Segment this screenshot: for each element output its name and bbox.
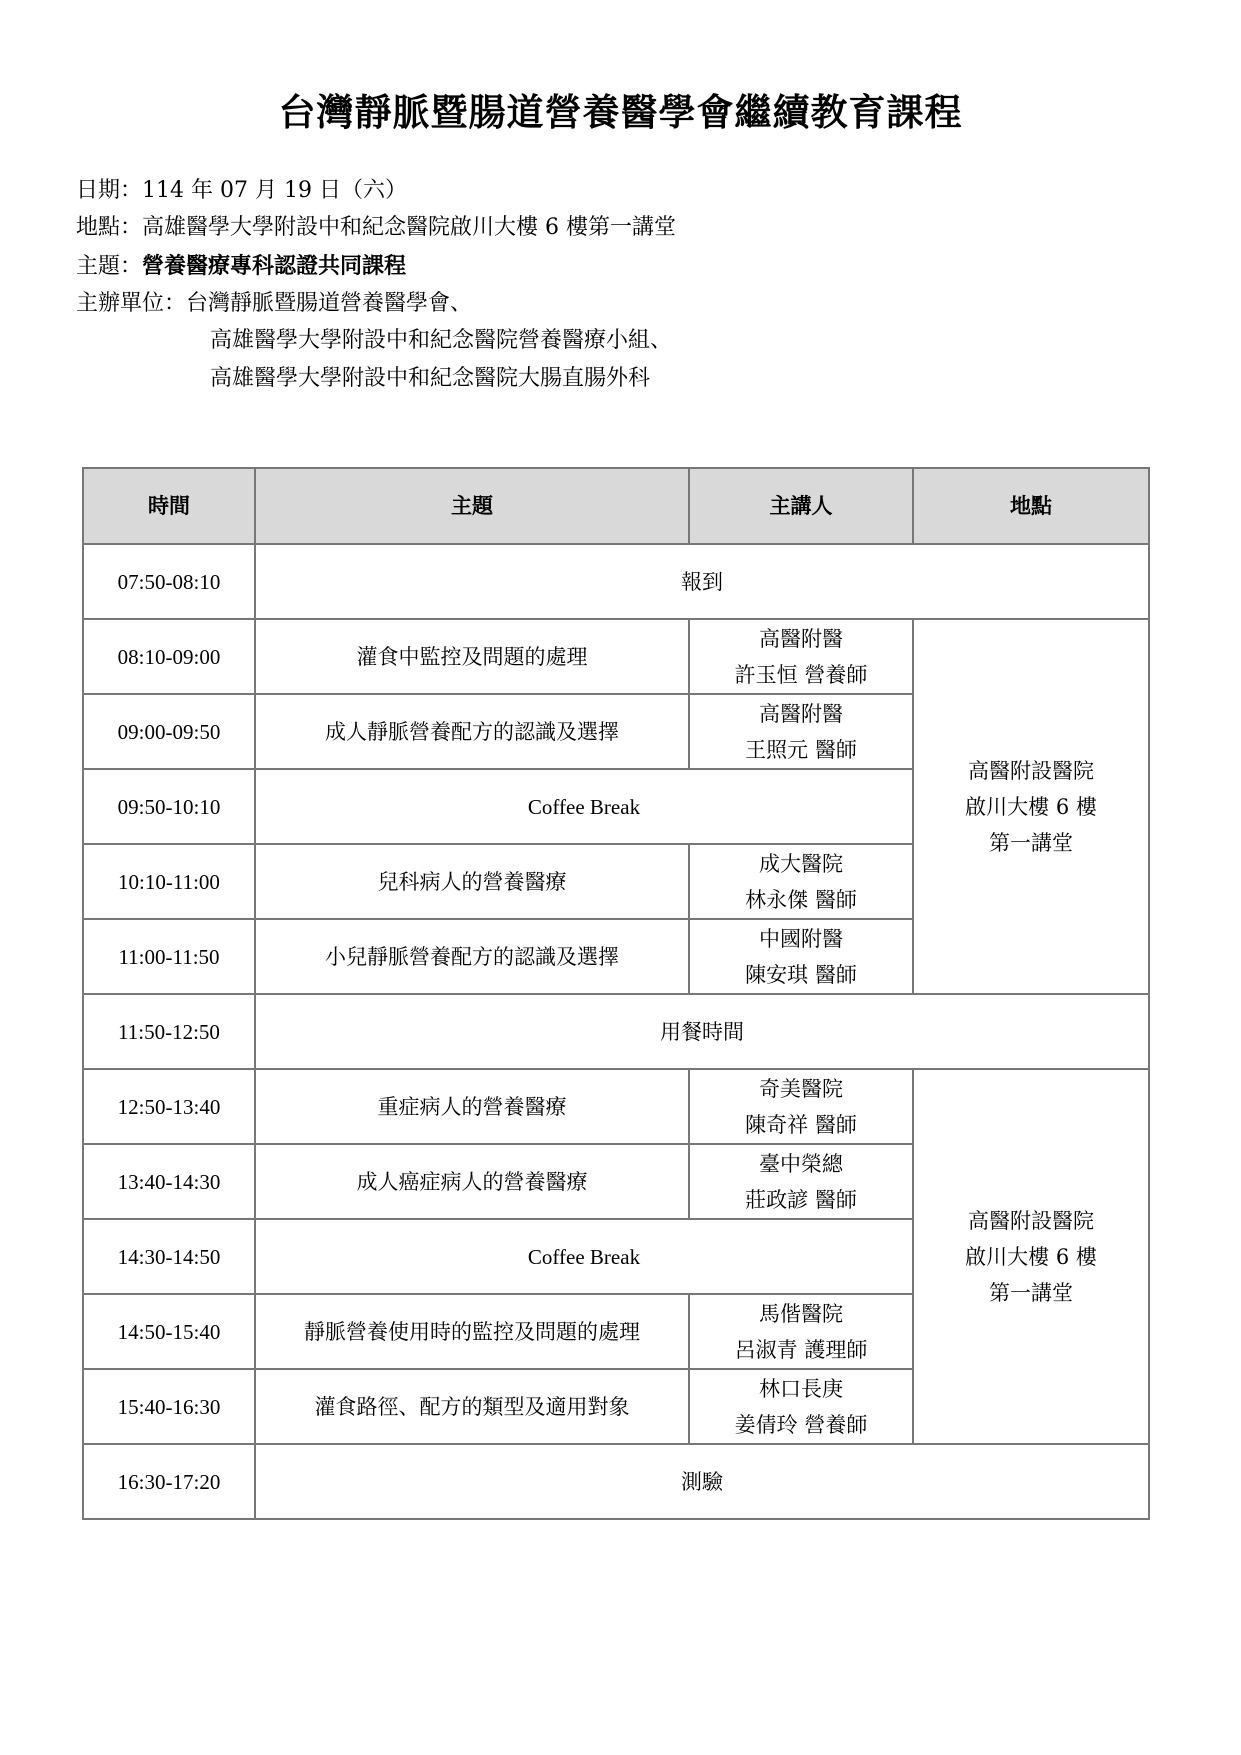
speaker-org: 中國附醫 xyxy=(690,921,912,957)
row-event: 用餐時間 xyxy=(255,994,1149,1069)
date-label: 日期： xyxy=(76,178,142,203)
speaker-name: 陳安琪 醫師 xyxy=(690,957,912,993)
date-line: 日期：114 年 07 月 19 日（六） xyxy=(76,176,407,206)
speaker-org: 高醫附醫 xyxy=(690,621,912,657)
row-event: 測驗 xyxy=(255,1444,1149,1519)
location-cell-afternoon: 高醫附設醫院 啟川大樓 6 樓 第一講堂 xyxy=(913,1069,1149,1444)
venue-label: 地點： xyxy=(76,215,142,240)
speaker-org: 林口長庚 xyxy=(690,1371,912,1407)
row-speaker: 林口長庚 姜倩玲 營養師 xyxy=(689,1369,913,1444)
row-time: 11:50-12:50 xyxy=(83,994,255,1069)
organizer-2: 高雄醫學大學附設中和紀念醫院營養醫療小組、 xyxy=(210,326,672,356)
speaker-name: 許玉恒 營養師 xyxy=(690,657,912,693)
row-speaker: 臺中榮總 莊政諺 醫師 xyxy=(689,1144,913,1219)
row-time: 14:50-15:40 xyxy=(83,1294,255,1369)
header-time: 時間 xyxy=(83,468,255,544)
header-location: 地點 xyxy=(913,468,1149,544)
table-row: 11:50-12:50 用餐時間 xyxy=(83,994,1149,1069)
theme-label: 主題： xyxy=(76,254,142,279)
row-topic: 成人靜脈營養配方的認識及選擇 xyxy=(255,694,689,769)
organizer-label: 主辦單位： xyxy=(76,291,186,316)
row-time: 15:40-16:30 xyxy=(83,1369,255,1444)
speaker-name: 姜倩玲 營養師 xyxy=(690,1407,912,1443)
row-topic: 重症病人的營養醫療 xyxy=(255,1069,689,1144)
venue-line: 地點：高雄醫學大學附設中和紀念醫院啟川大樓 6 樓第一講堂 xyxy=(76,213,676,243)
row-time: 14:30-14:50 xyxy=(83,1219,255,1294)
speaker-org: 成大醫院 xyxy=(690,846,912,882)
speaker-name: 莊政諺 醫師 xyxy=(690,1182,912,1218)
row-time: 09:00-09:50 xyxy=(83,694,255,769)
row-time: 12:50-13:40 xyxy=(83,1069,255,1144)
row-time: 10:10-11:00 xyxy=(83,844,255,919)
table-row: 07:50-08:10 報到 xyxy=(83,544,1149,619)
table-row: 16:30-17:20 測驗 xyxy=(83,1444,1149,1519)
location-line-3: 第一講堂 xyxy=(914,1275,1148,1311)
schedule-table: 時間 主題 主講人 地點 07:50-08:10 報到 08:10-09:00 … xyxy=(82,467,1150,1520)
speaker-org: 臺中榮總 xyxy=(690,1146,912,1182)
row-break: Coffee Break xyxy=(255,1219,913,1294)
speaker-name: 王照元 醫師 xyxy=(690,732,912,768)
row-topic: 靜脈營養使用時的監控及問題的處理 xyxy=(255,1294,689,1369)
row-speaker: 奇美醫院 陳奇祥 醫師 xyxy=(689,1069,913,1144)
row-time: 16:30-17:20 xyxy=(83,1444,255,1519)
row-speaker: 高醫附醫 許玉恒 營養師 xyxy=(689,619,913,694)
speaker-org: 馬偕醫院 xyxy=(690,1296,912,1332)
header-topic: 主題 xyxy=(255,468,689,544)
theme-line: 主題：營養醫療專科認證共同課程 xyxy=(76,251,406,282)
row-speaker: 高醫附醫 王照元 醫師 xyxy=(689,694,913,769)
theme-value: 營養醫療專科認證共同課程 xyxy=(142,253,406,279)
speaker-org: 高醫附醫 xyxy=(690,696,912,732)
row-time: 13:40-14:30 xyxy=(83,1144,255,1219)
organizer-3: 高雄醫學大學附設中和紀念醫院大腸直腸外科 xyxy=(210,364,650,394)
table-row: 12:50-13:40 重症病人的營養醫療 奇美醫院 陳奇祥 醫師 高醫附設醫院… xyxy=(83,1069,1149,1144)
row-time: 09:50-10:10 xyxy=(83,769,255,844)
row-topic: 灌食路徑、配方的類型及適用對象 xyxy=(255,1369,689,1444)
table-header-row: 時間 主題 主講人 地點 xyxy=(83,468,1149,544)
location-line-3: 第一講堂 xyxy=(914,825,1148,861)
location-line-2: 啟川大樓 6 樓 xyxy=(914,1239,1148,1275)
row-time: 08:10-09:00 xyxy=(83,619,255,694)
organizer-line: 主辦單位：台灣靜脈暨腸道營養醫學會、 xyxy=(76,289,472,319)
row-topic: 成人癌症病人的營養醫療 xyxy=(255,1144,689,1219)
row-topic: 兒科病人的營養醫療 xyxy=(255,844,689,919)
date-value: 114 年 07 月 19 日（六） xyxy=(142,178,407,203)
speaker-name: 陳奇祥 醫師 xyxy=(690,1107,912,1143)
header-speaker: 主講人 xyxy=(689,468,913,544)
row-speaker: 馬偕醫院 呂淑青 護理師 xyxy=(689,1294,913,1369)
location-line-1: 高醫附設醫院 xyxy=(914,753,1148,789)
venue-value: 高雄醫學大學附設中和紀念醫院啟川大樓 6 樓第一講堂 xyxy=(142,215,676,240)
location-cell-morning: 高醫附設醫院 啟川大樓 6 樓 第一講堂 xyxy=(913,619,1149,994)
row-break: Coffee Break xyxy=(255,769,913,844)
location-line-1: 高醫附設醫院 xyxy=(914,1203,1148,1239)
row-speaker: 成大醫院 林永傑 醫師 xyxy=(689,844,913,919)
organizer-1: 台灣靜脈暨腸道營養醫學會、 xyxy=(186,291,472,316)
table-row: 08:10-09:00 灌食中監控及問題的處理 高醫附醫 許玉恒 營養師 高醫附… xyxy=(83,619,1149,694)
speaker-org: 奇美醫院 xyxy=(690,1071,912,1107)
speaker-name: 林永傑 醫師 xyxy=(690,882,912,918)
row-time: 11:00-11:50 xyxy=(83,919,255,994)
row-time: 07:50-08:10 xyxy=(83,544,255,619)
speaker-name: 呂淑青 護理師 xyxy=(690,1332,912,1368)
location-line-2: 啟川大樓 6 樓 xyxy=(914,789,1148,825)
row-topic: 小兒靜脈營養配方的認識及選擇 xyxy=(255,919,689,994)
row-speaker: 中國附醫 陳安琪 醫師 xyxy=(689,919,913,994)
row-event: 報到 xyxy=(255,544,1149,619)
document-title: 台灣靜脈暨腸道營養醫學會繼續教育課程 xyxy=(0,82,1241,136)
row-topic: 灌食中監控及問題的處理 xyxy=(255,619,689,694)
